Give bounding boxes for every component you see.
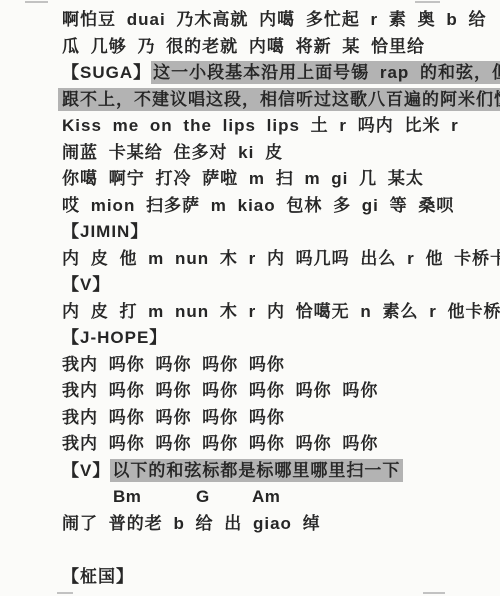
chord-label: Am [252, 484, 280, 511]
lyric-line: 内 皮 打 m nun 木 r 内 恰噶无 n 素么 r 他卡桥卡 卡 [0, 299, 500, 326]
lyric-line: 闹蓝 卡某给 住多对 ki 皮 [0, 140, 500, 167]
lyric-line: 我内 吗你 吗你 吗你 吗你 [0, 405, 500, 432]
table-border-mark-top-right [415, 1, 440, 3]
annotated-line: 【V】以下的和弦标都是标哪里哪里扫一下 [0, 458, 500, 485]
table-border-mark-bottom-left [57, 592, 73, 594]
lyric-line: 内 皮 他 m nun 木 r 内 吗几吗 出么 r 他 卡桥卡 卡 [0, 246, 500, 273]
lyric-line: 闹了 普的老 b 给 出 giao 绰 [0, 511, 500, 538]
highlighted-note: 这一小段基本沿用上面号锡 rap 的和弦，但真的嘴速 [151, 61, 500, 84]
blank-line [0, 537, 500, 564]
section-label: 【SUGA】 [62, 63, 151, 82]
highlighted-note-line: 跟不上，不建议唱这段，相信听过这歌八百遍的阿米们懂 [0, 87, 500, 114]
lyric-line: 我内 吗你 吗你 吗你 吗你 吗你 吗你 [0, 378, 500, 405]
chord-row: BmGAm [0, 484, 500, 511]
section-header: 【V】 [0, 272, 500, 299]
section-label: 【V】 [62, 461, 110, 480]
table-border-mark-top-left [25, 1, 48, 3]
chord-label: G [196, 484, 210, 511]
lyric-line: 啊怕豆 duai 乃木高就 内噶 多忙起 r 素 奥 b 给 [0, 7, 500, 34]
chord-label: Bm [113, 484, 141, 511]
lyric-line: Kiss me on the lips lips 土 r 吗内 比米 r [0, 113, 500, 140]
section-header: 【柾国】 [0, 564, 500, 591]
lyric-line: 哎 mion 扫多萨 m kiao 包林 多 gi 等 桑呗 [0, 193, 500, 220]
lyric-line: 瓜 几够 乃 很的老就 内噶 将新 某 恰里给 [0, 34, 500, 61]
lyric-line: 你噶 啊宁 打冷 萨啦 m 扫 m gi 几 某太 [0, 166, 500, 193]
highlighted-note: 以下的和弦标都是标哪里哪里扫一下 [110, 459, 403, 482]
lyrics-lines: 啊怕豆 duai 乃木高就 内噶 多忙起 r 素 奥 b 给瓜 几够 乃 很的老… [0, 7, 500, 590]
table-border-mark-bottom-right [423, 592, 445, 594]
lyrics-sheet: 啊怕豆 duai 乃木高就 内噶 多忙起 r 素 奥 b 给瓜 几够 乃 很的老… [0, 0, 500, 596]
highlighted-note: 跟不上，不建议唱这段，相信听过这歌八百遍的阿米们懂 [58, 88, 500, 111]
annotated-line: 【SUGA】这一小段基本沿用上面号锡 rap 的和弦，但真的嘴速 [0, 60, 500, 87]
section-header: 【J-HOPE】 [0, 325, 500, 352]
lyric-line: 我内 吗你 吗你 吗你 吗你 吗你 吗你 [0, 431, 500, 458]
lyric-line: 我内 吗你 吗你 吗你 吗你 [0, 352, 500, 379]
section-header: 【JIMIN】 [0, 219, 500, 246]
